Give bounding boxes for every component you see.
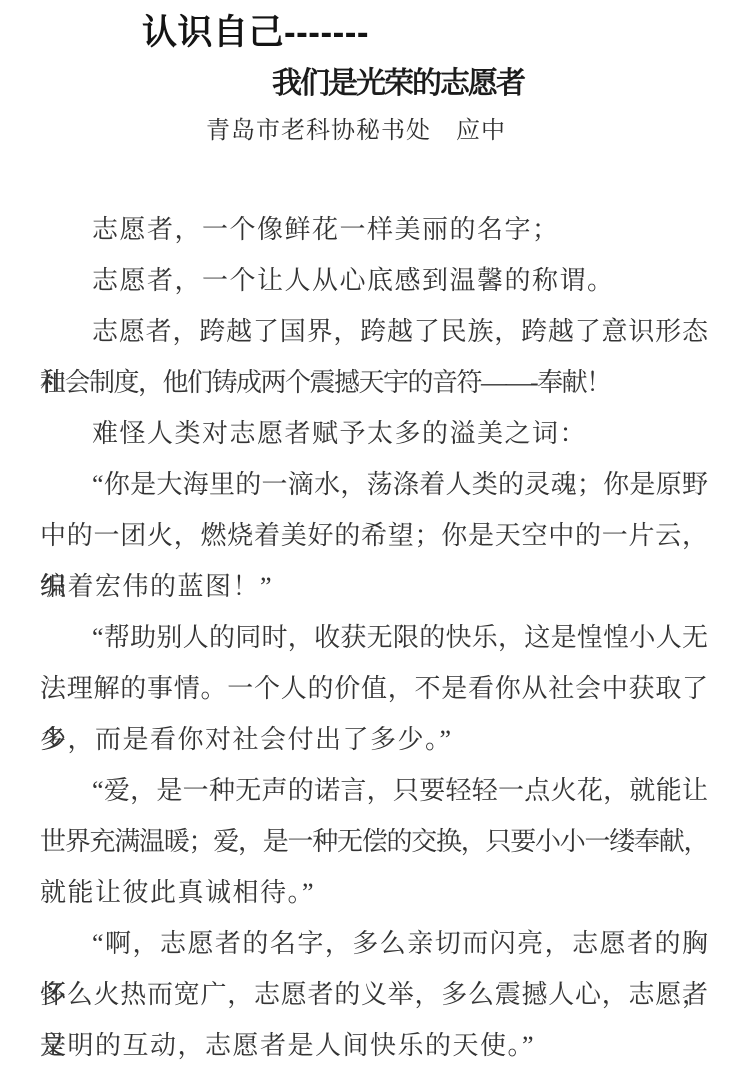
document-page: 认识自己------- 我们是光荣的志愿者 青岛市老科协秘书处 应中 志愿者，一… xyxy=(0,0,745,1075)
document-body: 志愿者，一个像鲜花一样美丽的名字； 志愿者，一个让人从心底感到温馨的称谓。 志愿… xyxy=(40,204,708,1071)
text-line: “啊，志愿者的名字，多么亲切而闪亮，志愿者的胸怀， xyxy=(40,918,708,969)
text-line: “爱，是一种无声的诺言，只要轻轻一点火花，就能让 xyxy=(40,765,708,816)
text-line: 法理解的事情。一个人的价值，不是看你从社会中获取了多 xyxy=(40,663,708,714)
text-line: 中的一团火，燃烧着美好的希望；你是天空中的一片云，编 xyxy=(40,510,708,561)
document-subtitle: 我们是光荣的志愿者 xyxy=(272,58,524,102)
text-line: 世界充满温暖；爱，是一种无偿的交换，只要小小一缕奉献， xyxy=(40,816,708,867)
text-line: 文明的互动，志愿者是人间快乐的天使。” xyxy=(40,1020,708,1071)
text-line: 织着宏伟的蓝图！” xyxy=(40,561,708,612)
text-line: 社会制度，他们铸成两个震撼天宇的音符——-奉献！ xyxy=(40,357,708,408)
text-line: 多么火热而宽广，志愿者的义举，多么震撼人心，志愿者是 xyxy=(40,969,708,1020)
text-line: 志愿者，一个让人从心底感到温馨的称谓。 xyxy=(40,255,708,306)
text-line: 难怪人类对志愿者赋予太多的溢美之词： xyxy=(40,408,708,459)
text-line: “你是大海里的一滴水，荡涤着人类的灵魂；你是原野 xyxy=(40,459,708,510)
text-line: 志愿者，跨越了国界，跨越了民族，跨越了意识形态和 xyxy=(40,306,708,357)
text-line: “帮助别人的同时，收获无限的快乐，这是惶惶小人无 xyxy=(40,612,708,663)
text-line: 少，而是看你对社会付出了多少。” xyxy=(40,714,708,765)
text-line: 志愿者，一个像鲜花一样美丽的名字； xyxy=(40,204,708,255)
byline: 青岛市老科协秘书处 应中 xyxy=(206,110,506,145)
text-line: 就能让彼此真诚相待。” xyxy=(40,867,708,918)
document-title: 认识自己------- xyxy=(142,5,369,55)
